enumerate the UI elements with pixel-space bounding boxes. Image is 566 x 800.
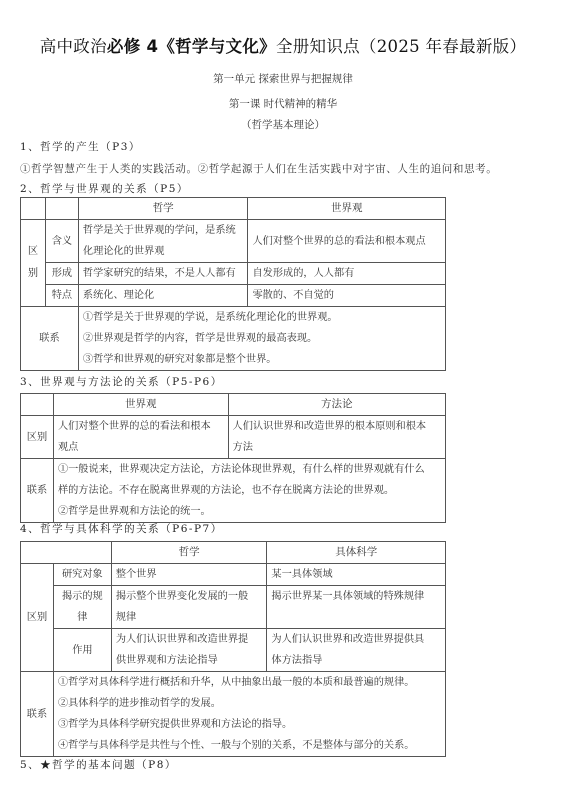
table-header-row: 世界观 方法论 — [21, 394, 446, 416]
table-row-link: 联系 ①哲学对具体科学进行概括和升华，从中抽象出最一般的本质和最普遍的规律。 ②… — [21, 672, 446, 757]
table-row: 区别 含义 哲学是关于世界观的学问，是系统化理论化的世界观 人们对整个世界的总的… — [21, 220, 446, 263]
cell-line: 体方法指导 — [271, 650, 441, 671]
header-specific-science: 具体科学 — [267, 542, 446, 564]
link-item: ②具体科学的进步推动哲学的发展。 — [58, 693, 441, 714]
section-1-text: ①哲学智慧产生于人类的实践活动。②哲学起源于人们在生活实践中对宇宙、人生的追问和… — [20, 161, 497, 176]
link-item: ②世界观是哲学的内容，哲学是世界观的最高表现。 — [83, 328, 441, 349]
cell-worldview: 人们对整个世界的总的看法和根本观点 — [53, 416, 228, 459]
row-label: 形成 — [45, 263, 78, 285]
table-row: 特点 系统化、理论化 零散的、不自觉的 — [21, 285, 446, 307]
section-5-heading: 5、★哲学的基本问题（P8） — [20, 757, 177, 772]
cell-worldview: 人们对整个世界的总的看法和根本观点 — [248, 220, 446, 263]
link-item: ①哲学是关于世界观的学说，是系统化理论化的世界观。 — [83, 307, 441, 328]
link-item: 样的方法论。不存在脱离世界观的方法论，也不存在脱离方法论的世界观。 — [58, 480, 441, 501]
row-label: 特点 — [45, 285, 78, 307]
cell-specific-science: 某一具体领域 — [267, 564, 446, 586]
cell-line: 哲学是关于世界观的学问，是系统 — [83, 220, 244, 241]
label-line: 律 — [56, 607, 109, 628]
cell-specific-science: 为人们认识世界和改造世界提供具体方法指导 — [267, 629, 446, 672]
section-1-heading: 1、哲学的产生（P3） — [20, 139, 141, 154]
title-suffix: 全册知识点（2025 年春最新版） — [276, 37, 526, 56]
cell-line: 揭示整个世界变化发展的一般 — [116, 586, 263, 607]
cell-line: 观点 — [58, 437, 224, 458]
label-line: 揭示的规 — [56, 586, 109, 607]
header-empty-cell — [21, 394, 54, 416]
link-item: ④哲学与具体科学是共性与个性、一般与个别的关系，不是整体与部分的关系。 — [58, 735, 441, 756]
table-row: 区别 人们对整个世界的总的看法和根本观点 人们认识世界和改造世界的根本原则和根本… — [21, 416, 446, 459]
table-row-link: 联系 ①哲学是关于世界观的学说，是系统化理论化的世界观。 ②世界观是哲学的内容，… — [21, 307, 446, 371]
header-empty-cell — [21, 198, 46, 220]
table-row: 揭示的规律 揭示整个世界变化发展的一般规律 揭示世界某一具体领域的特殊规律 — [21, 586, 446, 629]
header-worldview: 世界观 — [248, 198, 446, 220]
table-row: 形成 哲学家研究的结果，不是人人都有 自发形成的，人人都有 — [21, 263, 446, 285]
link-content: ①一般说来，世界观决定方法论，方法论体现世界观，有什么样的世界观就有什么 样的方… — [53, 459, 445, 523]
cell-worldview: 自发形成的，人人都有 — [248, 263, 446, 285]
header-philosophy: 哲学 — [78, 198, 248, 220]
group-label-difference: 区别 — [21, 220, 46, 307]
link-item: ③哲学和世界观的研究对象都是整个世界。 — [83, 349, 441, 370]
cell-line: 规律 — [116, 607, 263, 628]
link-content: ①哲学是关于世界观的学说，是系统化理论化的世界观。 ②世界观是哲学的内容，哲学是… — [78, 307, 445, 371]
document-title: 高中政治必修 4《哲学与文化》全册知识点（2025 年春最新版） — [0, 33, 566, 57]
link-item: ②哲学是世界观和方法论的统一。 — [58, 501, 441, 522]
cell-philosophy: 揭示整个世界变化发展的一般规律 — [111, 586, 267, 629]
section-4-heading: 4、哲学与具体科学的关系（P6-P7） — [20, 521, 223, 536]
cell-line: 揭示世界某一具体领域的特殊规律 — [271, 586, 441, 607]
section-2-heading: 2、哲学与世界观的关系（P5） — [20, 181, 189, 196]
group-label-difference: 区别 — [21, 564, 54, 672]
cell-line: 化理论化的世界观 — [83, 241, 244, 262]
link-label: 联系 — [21, 307, 79, 371]
header-empty-cell — [45, 198, 78, 220]
cell-specific-science: 揭示世界某一具体领域的特殊规律 — [267, 586, 446, 629]
diff-label: 区别 — [21, 416, 54, 459]
cell-line: 为人们认识世界和改造世界提供具 — [271, 629, 441, 650]
cell-philosophy: 哲学家研究的结果，不是人人都有 — [78, 263, 248, 285]
table-header-row: 哲学 世界观 — [21, 198, 446, 220]
cell-philosophy: 系统化、理论化 — [78, 285, 248, 307]
table-row-link: 联系 ①一般说来，世界观决定方法论，方法论体现世界观，有什么样的世界观就有什么 … — [21, 459, 446, 523]
cell-philosophy: 哲学是关于世界观的学问，是系统化理论化的世界观 — [78, 220, 248, 263]
cell-line: 方法 — [233, 437, 441, 458]
title-prefix: 高中政治 — [40, 37, 107, 56]
header-philosophy: 哲学 — [111, 542, 267, 564]
philosophy-science-table: 哲学 具体科学 区别 研究对象 整个世界 某一具体领域 揭示的规律 揭示整个世界… — [20, 541, 446, 757]
link-item: ①一般说来，世界观决定方法论，方法论体现世界观，有什么样的世界观就有什么 — [58, 459, 441, 480]
row-label: 研究对象 — [53, 564, 111, 586]
section-3-heading: 3、世界观与方法论的关系（P5-P6） — [20, 374, 223, 389]
cell-philosophy: 整个世界 — [111, 564, 267, 586]
row-label: 揭示的规律 — [53, 586, 111, 629]
link-item: ①哲学对具体科学进行概括和升华，从中抽象出最一般的本质和最普遍的规律。 — [58, 672, 441, 693]
unit-heading: 第一单元 探索世界与把握规律 — [0, 71, 566, 86]
cell-line: 人们认识世界和改造世界的根本原则和根本 — [233, 416, 441, 437]
title-bold: 必修 4《哲学与文化》 — [107, 37, 276, 56]
link-label: 联系 — [21, 459, 54, 523]
header-empty-cell — [21, 542, 112, 564]
header-worldview: 世界观 — [53, 394, 228, 416]
cell-philosophy: 为人们认识世界和改造世界提供世界观和方法论指导 — [111, 629, 267, 672]
cell-worldview: 零散的、不自觉的 — [248, 285, 446, 307]
lesson-heading: 第一课 时代精神的精华 — [0, 96, 566, 111]
link-item: ③哲学为具体科学研究提供世界观和方法论的指导。 — [58, 714, 441, 735]
cell-line: 人们对整个世界的总的看法和根本 — [58, 416, 224, 437]
link-content: ①哲学对具体科学进行概括和升华，从中抽象出最一般的本质和最普遍的规律。 ②具体科… — [53, 672, 445, 757]
header-methodology: 方法论 — [228, 394, 445, 416]
row-label: 作用 — [53, 629, 111, 672]
cell-line: 供世界观和方法论指导 — [116, 650, 263, 671]
cell-line: 为人们认识世界和改造世界提 — [116, 629, 263, 650]
cell-methodology: 人们认识世界和改造世界的根本原则和根本方法 — [228, 416, 445, 459]
table-row: 作用 为人们认识世界和改造世界提供世界观和方法论指导 为人们认识世界和改造世界提… — [21, 629, 446, 672]
row-label: 含义 — [45, 220, 78, 263]
link-label: 联系 — [21, 672, 54, 757]
table-row: 区别 研究对象 整个世界 某一具体领域 — [21, 564, 446, 586]
lesson-subtitle: （哲学基本理论） — [0, 117, 566, 132]
philosophy-worldview-table: 哲学 世界观 区别 含义 哲学是关于世界观的学问，是系统化理论化的世界观 人们对… — [20, 197, 446, 371]
worldview-methodology-table: 世界观 方法论 区别 人们对整个世界的总的看法和根本观点 人们认识世界和改造世界… — [20, 393, 446, 523]
table-header-row: 哲学 具体科学 — [21, 542, 446, 564]
